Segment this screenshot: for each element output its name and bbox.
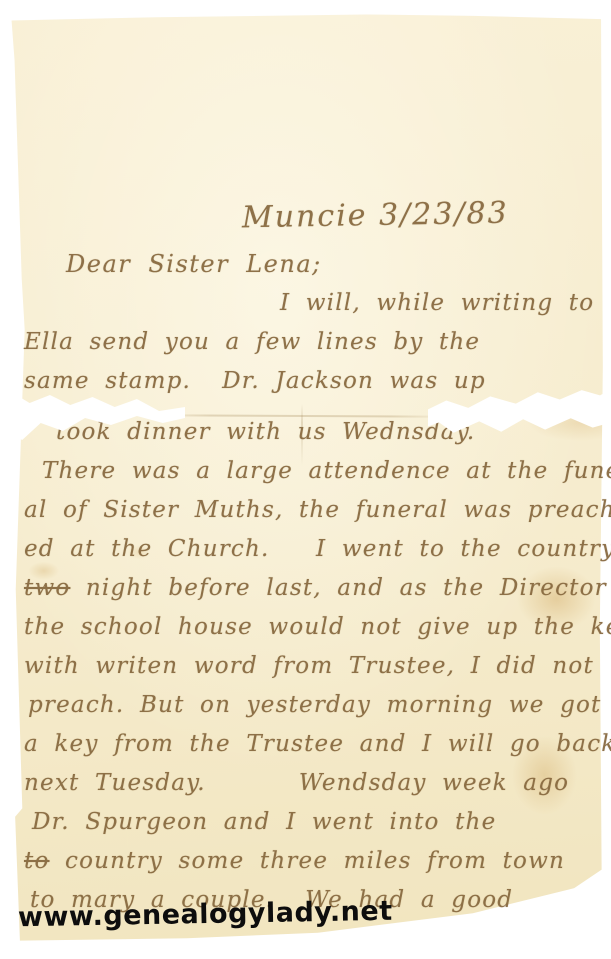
line-text: same stamp. Dr. Jackson was up — [24, 368, 486, 394]
letter-scan: Muncie 3/23/83 Dear Sister Lena; I will,… — [0, 0, 611, 959]
line-text: with writen word from Trustee, I did not — [24, 653, 594, 679]
line-text: night before last, and as the Director o… — [70, 575, 611, 601]
line-text: took dinner with us Wednsday. — [56, 419, 475, 445]
letter-line: two night before last, and as the Direct… — [24, 572, 599, 611]
letter-line: same stamp. Dr. Jackson was up — [24, 365, 599, 404]
line-text: a key from the Trustee and I will go bac… — [24, 731, 611, 757]
line-text: ed at the Church. I went to the country — [24, 536, 611, 562]
line-text: next Tuesday. Wendsday week ago — [24, 770, 569, 796]
letter-line: preach. But on yesterday morning we got — [24, 689, 599, 728]
letter-line: Ella send you a few lines by the — [24, 326, 599, 365]
salutation: Dear Sister Lena; — [66, 250, 322, 278]
letter-line: to country some three miles from town — [24, 845, 599, 884]
letter-line: I will, while writing to — [24, 287, 599, 326]
letter-line: next Tuesday. Wendsday week ago — [24, 767, 599, 806]
watermark: www.genealogylady.net — [18, 896, 393, 934]
letter-line: ed at the Church. I went to the country — [24, 533, 599, 572]
date-line: Muncie 3/23/83 — [242, 196, 509, 236]
struck-word: to — [24, 848, 50, 874]
line-text: There was a large attendence at the fune… — [42, 458, 611, 484]
letter-line: There was a large attendence at the fune… — [24, 455, 599, 494]
line-text: country some three miles from town — [50, 848, 566, 874]
line-text: Dr. Spurgeon and I went into the — [32, 809, 496, 835]
vertical-crease — [301, 404, 303, 466]
letter-line: a key from the Trustee and I will go bac… — [24, 728, 599, 767]
struck-word: two — [24, 575, 70, 601]
letter-line: the school house would not give up the k… — [24, 611, 599, 650]
letter-line: al of Sister Muths, the funeral was prea… — [24, 494, 599, 533]
line-text: Ella send you a few lines by the — [24, 329, 480, 355]
line-text: al of Sister Muths, the funeral was prea… — [24, 497, 611, 523]
letter-line: Dr. Spurgeon and I went into the — [24, 806, 599, 845]
line-text: preach. But on yesterday morning we got — [28, 692, 602, 718]
letter-line: with writen word from Trustee, I did not — [24, 650, 599, 689]
line-text: I will, while writing to — [280, 290, 594, 316]
line-text: the school house would not give up the k… — [24, 614, 611, 640]
letter-body: I will, while writing toElla send you a … — [24, 287, 599, 923]
